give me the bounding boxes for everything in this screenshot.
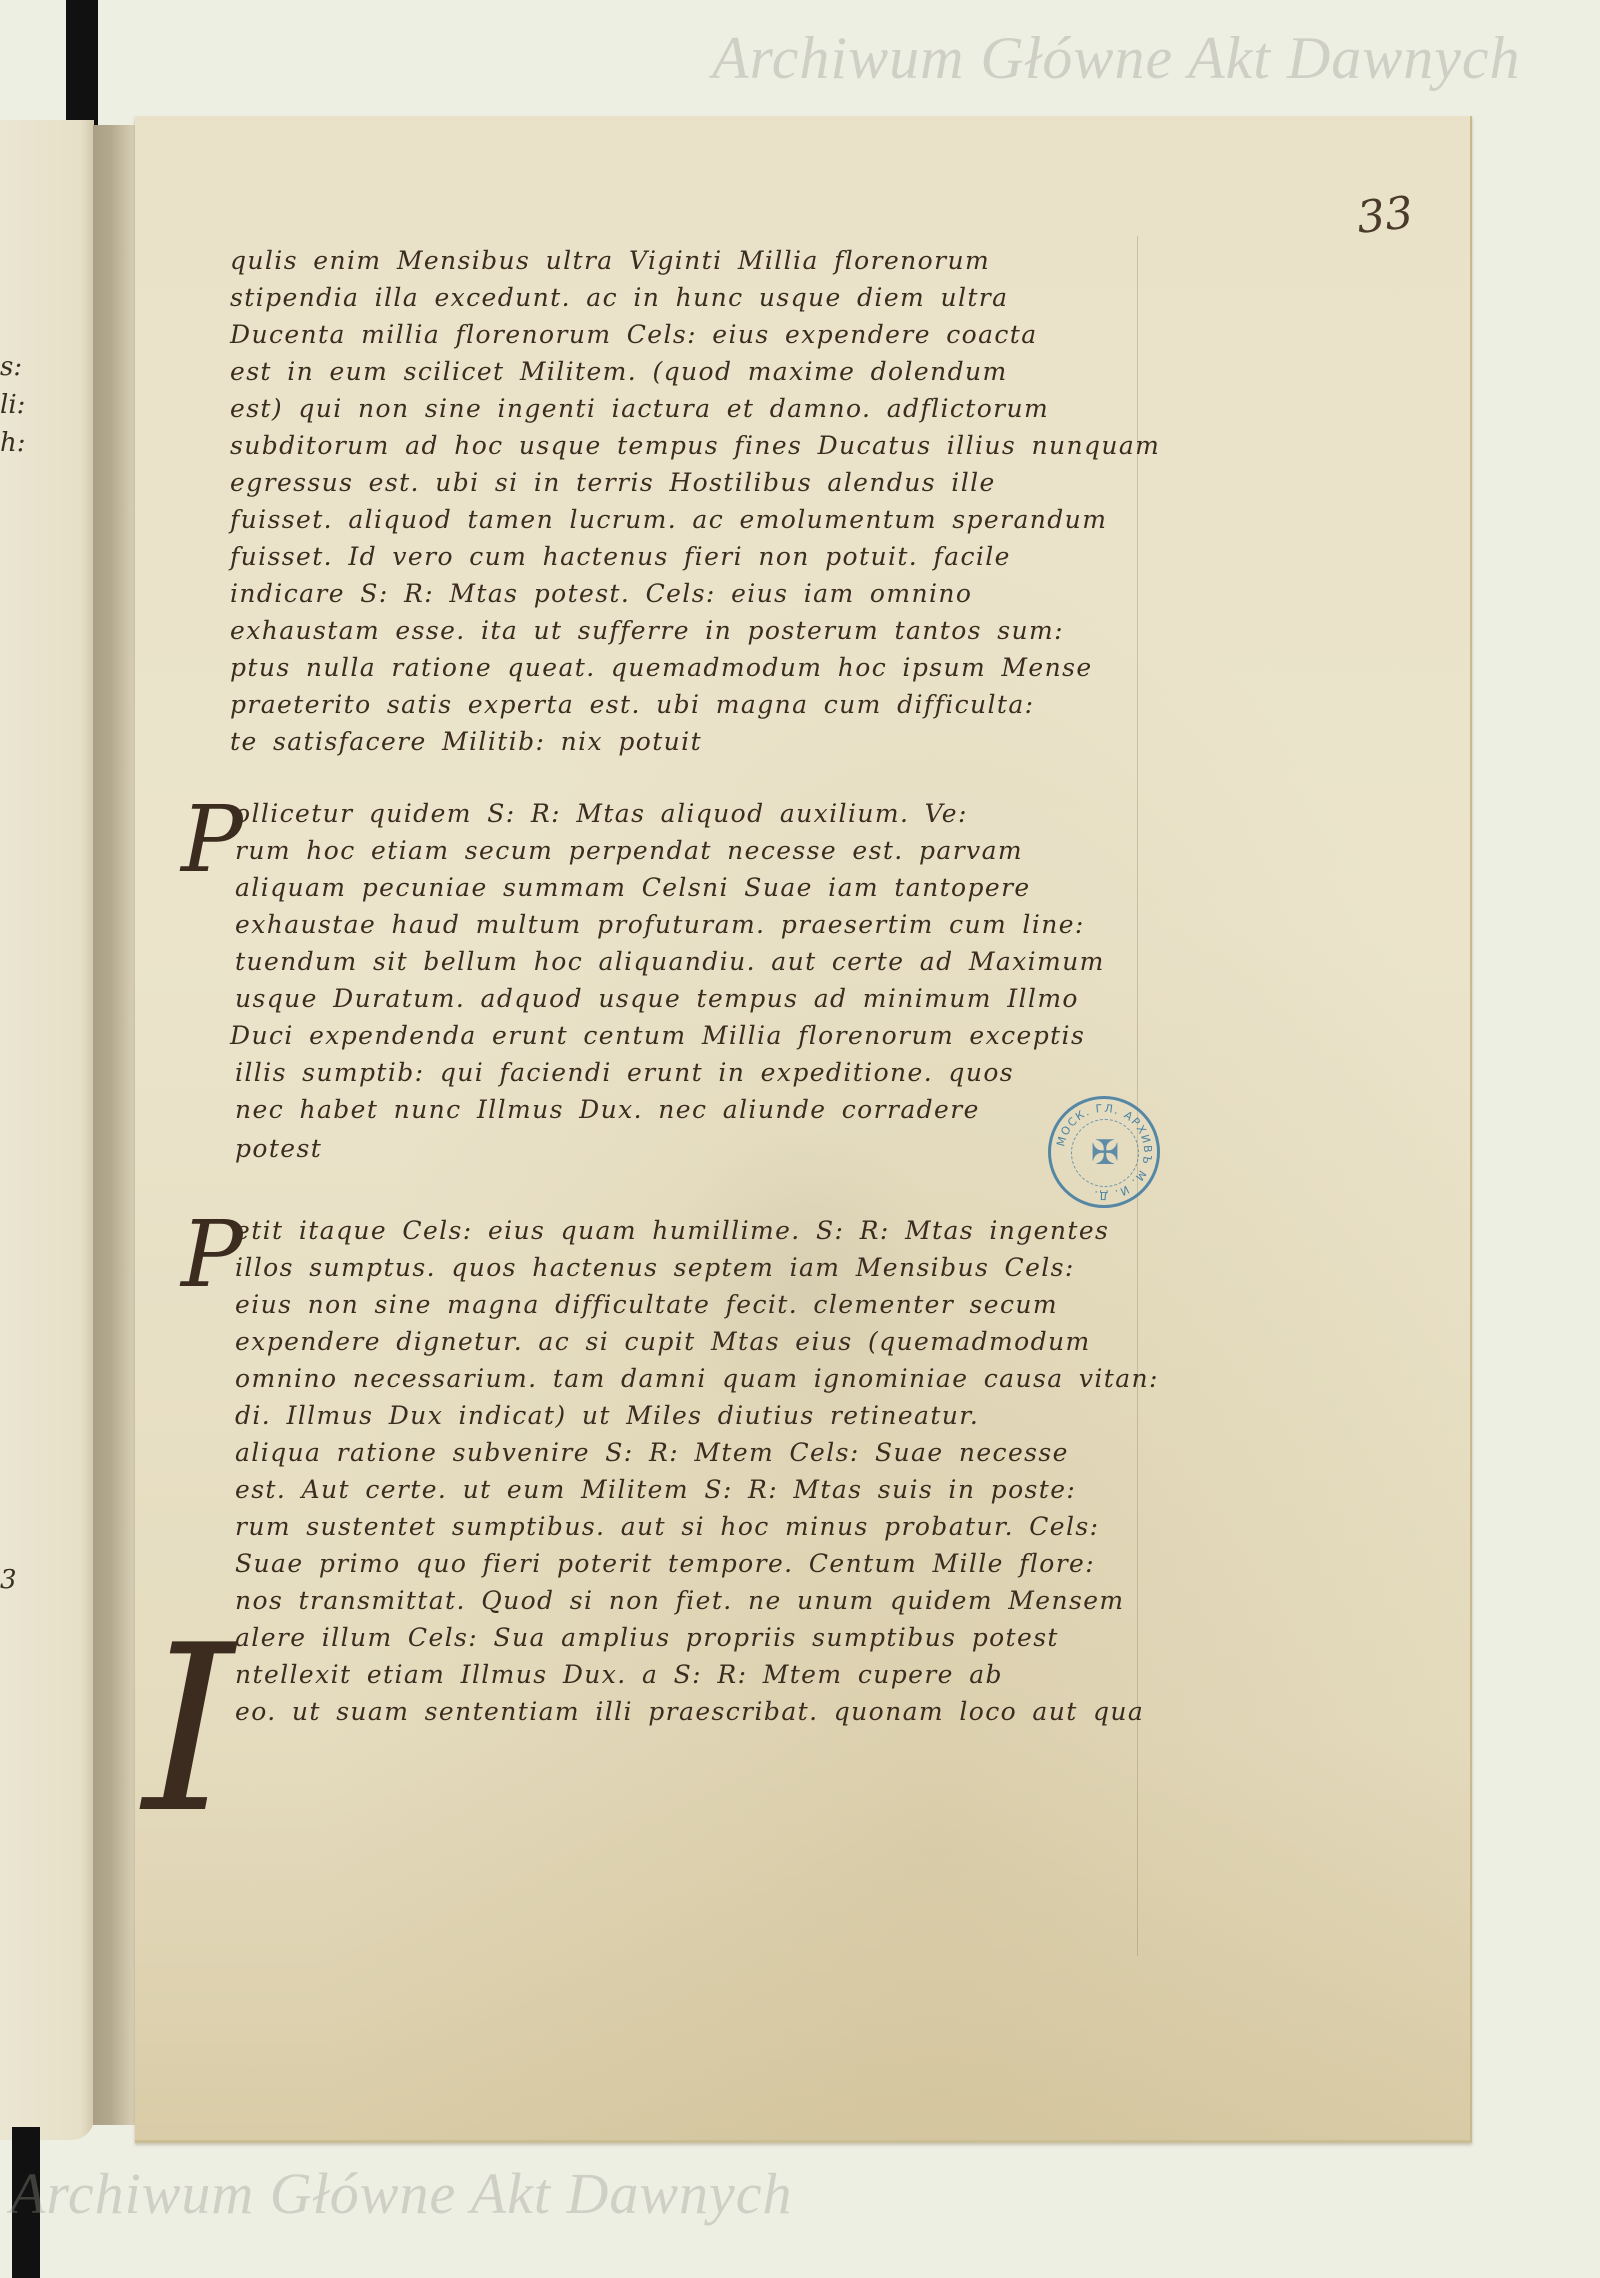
text-line: egressus est. ubi si in terris Hostilibu… [230,468,996,497]
text-line: usque Duratum. adquod usque tempus ad mi… [235,984,1079,1013]
left-page-fragment: li: [0,390,25,420]
left-page-edge: s: li: h: 3 [0,120,94,2140]
text-line: eo. ut suam sententiam illi praescribat.… [235,1697,1144,1726]
text-line: illos sumptus. quos hactenus septem iam … [235,1253,1075,1282]
text-line: Suae primo quo fieri poterit tempore. Ce… [235,1549,1095,1578]
text-line: illis sumptib: qui faciendi erunt in exp… [235,1058,1014,1087]
archive-watermark-top: Archiwum Główne Akt Dawnych [712,24,1521,93]
decorated-initial-p: P [181,1201,243,1308]
bookmark-ribbon-top [66,0,98,125]
double-headed-eagle-icon: ✠ [1072,1120,1138,1186]
manuscript-page: 33 qulis enim Mensibus ultra Viginti Mil… [135,116,1472,2143]
text-line: nec habet nunc Illmus Dux. nec aliunde c… [235,1095,980,1124]
text-line: Duci expendenda erunt centum Millia flor… [230,1021,1085,1050]
decorated-initial-p: P [181,786,243,893]
folio-number: 33 [1354,187,1415,244]
text-line: aliquam pecuniae summam Celsni Suae iam … [235,873,1031,902]
text-line: exhaustam esse. ita ut sufferre in poste… [230,616,1064,645]
text-line: ntellexit etiam Illmus Dux. a S: R: Mtem… [235,1660,1003,1689]
text-line: tuendum sit bellum hoc aliquandiu. aut c… [235,947,1105,976]
text-line: est) qui non sine ingenti iactura et dam… [230,394,1049,423]
text-line: aliqua ratione subvenire S: R: Mtem Cels… [235,1438,1069,1467]
bleed-through-emblem [655,1126,955,1446]
text-line: etit itaque Cels: eius quam humillime. S… [235,1216,1109,1245]
stamp-emblem-ring: ✠ [1071,1119,1139,1187]
text-line: expendere dignetur. ac si cupit Mtas eiu… [235,1327,1091,1356]
text-line: qulis enim Mensibus ultra Viginti Millia… [230,246,990,275]
text-line: subditorum ad hoc usque tempus fines Duc… [230,431,1160,460]
decorated-initial-i: I [143,1616,234,1846]
text-line: eius non sine magna difficultate fecit. … [235,1290,1058,1319]
text-line: nos transmittat. Quod si non fiet. ne un… [235,1586,1125,1615]
left-page-fragment: 3 [0,1565,17,1595]
text-line: fuisset. aliquod tamen lucrum. ac emolum… [230,505,1107,534]
archive-watermark-bottom: Archiwum Główne Akt Dawnych [10,2160,793,2227]
text-line: praeterito satis experta est. ubi magna … [230,690,1035,719]
text-line: alere illum Cels: Sua amplius propriis s… [235,1623,1059,1652]
text-line: Ducenta millia florenorum Cels: eius exp… [230,320,1038,349]
text-line: stipendia illa excedunt. ac in hunc usqu… [230,283,1008,312]
text-line: omnino necessarium. tam damni quam ignom… [235,1364,1159,1393]
text-line: ollicetur quidem S: R: Mtas aliquod auxi… [235,799,968,828]
text-line: rum hoc etiam secum perpendat necesse es… [235,836,1023,865]
text-line: est. Aut certe. ut eum Militem S: R: Mta… [235,1475,1076,1504]
left-page-fragment: s: [0,352,22,382]
text-line: indicare S: R: Mtas potest. Cels: eius i… [230,579,972,608]
text-line: potest [235,1134,322,1163]
text-line: fuisset. Id vero cum hactenus fieri non … [230,542,1011,571]
book-gutter-shadow [93,125,137,2125]
text-line: rum sustentet sumptibus. aut si hoc minu… [235,1512,1099,1541]
text-line: di. Illmus Dux indicat) ut Miles diutius… [235,1401,979,1430]
text-line: ptus nulla ratione queat. quemadmodum ho… [230,653,1093,682]
archive-stamp: МОСК. ГЛ. АРХИВЪ М. И. Д. ✠ [1048,1096,1160,1208]
text-line: te satisfacere Militib: nix potuit [230,727,702,756]
text-line: exhaustae haud multum profuturam. praese… [235,910,1085,939]
left-page-fragment: h: [0,428,26,458]
text-line: est in eum scilicet Militem. (quod maxim… [230,357,1008,386]
